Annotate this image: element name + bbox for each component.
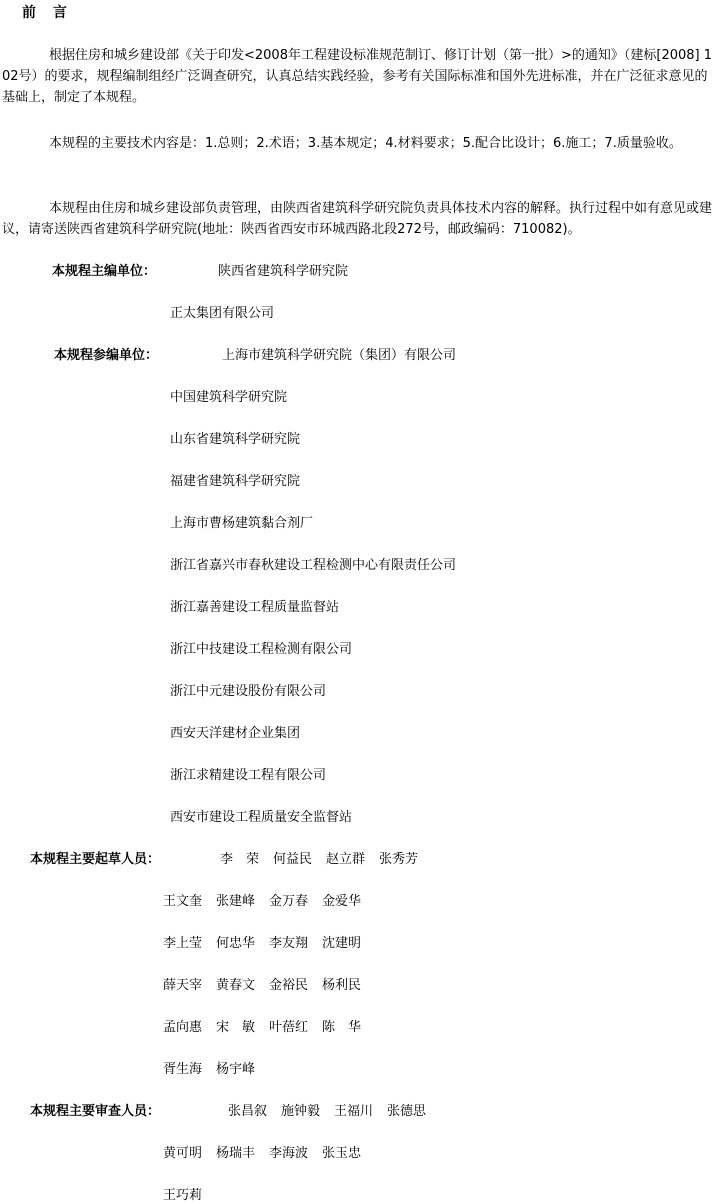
- person-name: 杨宇峰: [216, 1059, 255, 1080]
- person-name: 施钟毅: [281, 1101, 320, 1122]
- participating-unit-item: 浙江求精建设工程有限公司: [170, 765, 326, 786]
- reviewers-row: 黄可明杨瑞丰李海波张玉忠: [163, 1143, 375, 1164]
- intro-paragraph: 根据住房和城乡建设部《关于印发<2008年工程建设标准规范制订、修订计划（第一批…: [2, 45, 714, 108]
- participating-unit-item: 浙江中技建设工程检测有限公司: [170, 639, 352, 660]
- participating-unit-item: 福建省建筑科学研究院: [170, 471, 300, 492]
- participating-unit-item: 浙江嘉善建设工程质量监督站: [170, 597, 339, 618]
- participating-unit-item: 浙江省嘉兴市春秋建设工程检测中心有限责任公司: [170, 555, 456, 576]
- chief-unit-item: 陕西省建筑科学研究院: [218, 261, 348, 282]
- participating-unit-item: 西安天洋建材企业集团: [170, 723, 300, 744]
- person-name: 金爱华: [322, 891, 361, 912]
- content-paragraph: 本规程的主要技术内容是：1.总则；2.术语；3.基本规定；4.材料要求；5.配合…: [2, 133, 714, 154]
- reviewers-row: 张昌叙施钟毅王福川张德思: [228, 1101, 440, 1122]
- person-name: 赵立群: [326, 849, 365, 870]
- drafters-row: 李 荣何益民赵立群张秀芳: [220, 849, 432, 870]
- participating-units-label: 本规程参编单位：: [54, 345, 158, 366]
- person-name: 薛天宰: [163, 975, 202, 996]
- chief-units-label: 本规程主编单位：: [52, 261, 156, 282]
- reviewers-label: 本规程主要审查人员：: [30, 1101, 160, 1122]
- drafters-label: 本规程主要起草人员：: [30, 849, 160, 870]
- drafters-row: 李上莹何忠华李友翔沈建明: [163, 933, 375, 954]
- person-name: 孟向惠: [163, 1017, 202, 1038]
- person-name: 杨利民: [322, 975, 361, 996]
- person-name: 沈建明: [322, 933, 361, 954]
- person-name: 陈 华: [322, 1017, 361, 1038]
- drafters-row: 王文奎张建峰金万春金爱华: [163, 891, 375, 912]
- person-name: 何忠华: [216, 933, 255, 954]
- person-name: 张德思: [387, 1101, 426, 1122]
- person-name: 王巧莉: [163, 1185, 202, 1204]
- person-name: 张秀芳: [379, 849, 418, 870]
- person-name: 黄春文: [216, 975, 255, 996]
- person-name: 杨瑞丰: [216, 1143, 255, 1164]
- chief-unit-item: 正太集团有限公司: [170, 303, 274, 324]
- person-name: 叶蓓红: [269, 1017, 308, 1038]
- drafters-row: 孟向惠宋 敏叶蓓红陈 华: [163, 1017, 375, 1038]
- person-name: 王文奎: [163, 891, 202, 912]
- person-name: 张玉忠: [322, 1143, 361, 1164]
- person-name: 黄可明: [163, 1143, 202, 1164]
- person-name: 张昌叙: [228, 1101, 267, 1122]
- person-name: 宋 敏: [216, 1017, 255, 1038]
- participating-unit-item: 上海市建筑科学研究院（集团）有限公司: [222, 345, 456, 366]
- participating-unit-item: 西安市建设工程质量安全监督站: [170, 807, 352, 828]
- management-paragraph: 本规程由住房和城乡建设部负责管理，由陕西省建筑科学研究院负责具体技术内容的解释。…: [2, 198, 714, 240]
- person-name: 何益民: [273, 849, 312, 870]
- person-name: 金万春: [269, 891, 308, 912]
- page-title: 前 言: [22, 3, 73, 24]
- drafters-row: 薛天宰黄春文金裕民杨利民: [163, 975, 375, 996]
- person-name: 李 荣: [220, 849, 259, 870]
- person-name: 王福川: [334, 1101, 373, 1122]
- person-name: 李友翔: [269, 933, 308, 954]
- participating-unit-item: 山东省建筑科学研究院: [170, 429, 300, 450]
- person-name: 李上莹: [163, 933, 202, 954]
- reviewers-row: 王巧莉: [163, 1185, 216, 1204]
- participating-unit-item: 浙江中元建设股份有限公司: [170, 681, 326, 702]
- participating-unit-item: 上海市曹杨建筑黏合剂厂: [170, 513, 313, 534]
- person-name: 李海波: [269, 1143, 308, 1164]
- person-name: 金裕民: [269, 975, 308, 996]
- person-name: 张建峰: [216, 891, 255, 912]
- person-name: 胥生海: [163, 1059, 202, 1080]
- drafters-row: 胥生海杨宇峰: [163, 1059, 269, 1080]
- participating-unit-item: 中国建筑科学研究院: [170, 387, 287, 408]
